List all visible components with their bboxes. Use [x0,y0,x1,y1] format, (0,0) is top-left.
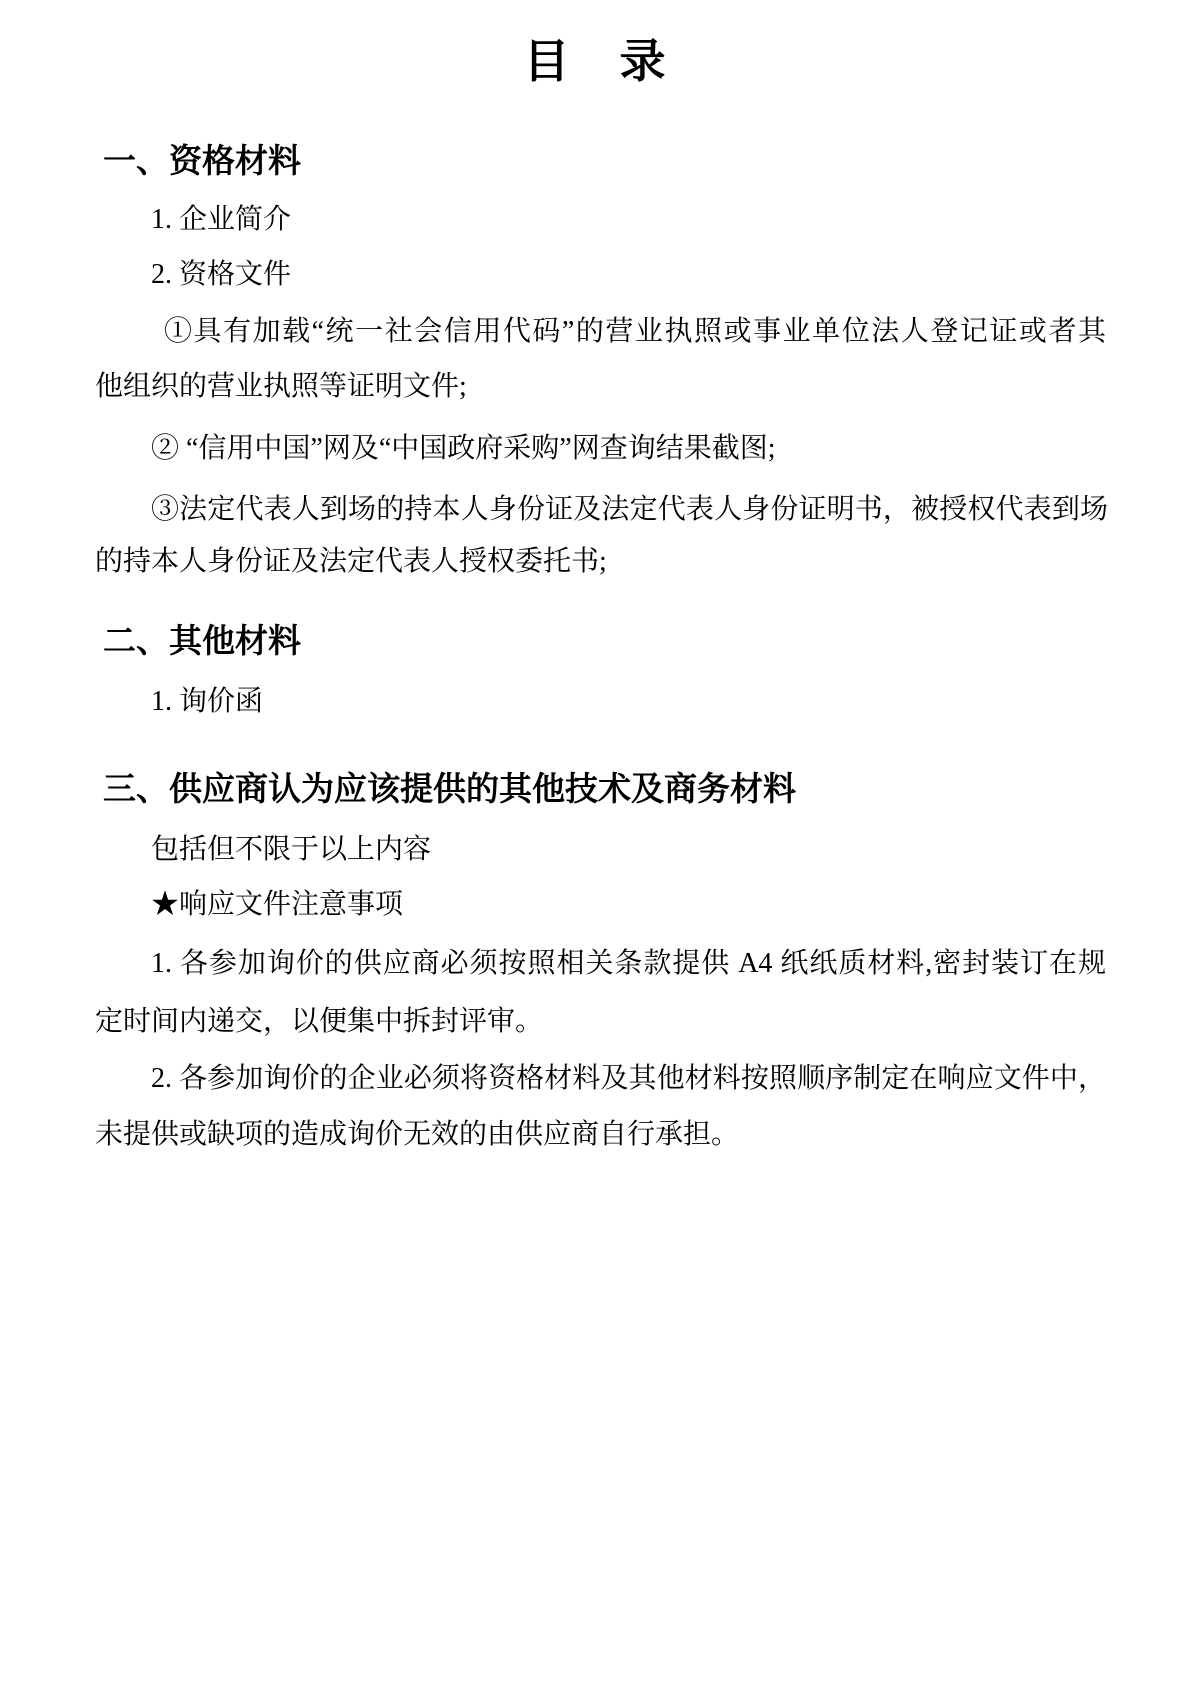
document-page: 目 录 一、资格材料 1. 企业简介 2. 资格文件 ①具有加载“统一社会信用代… [0,0,1191,1684]
page-title: 目 录 [0,32,1191,92]
section-heading-supplier-additional-materials: 三、供应商认为应该提供的其他技术及商务材料 [103,768,796,812]
doc-line-legal-representative-1: ③法定代表人到场的持本人身份证及法定代表人身份证明书，被授权代表到场 [151,490,1108,530]
doc-line-response-file-notes: ★响应文件注意事项 [151,885,403,925]
doc-line-inquiry-letter: 1. 询价函 [151,682,263,722]
doc-line-legal-representative-2: 的持本人身份证及法定代表人授权委托书; [95,542,607,582]
doc-line-business-license-1: ①具有加载“统一社会信用代码”的营业执照或事业单位法人登记证或者其 [164,312,1106,352]
section-heading-other-materials: 二、其他材料 [103,620,301,664]
doc-line-business-license-2: 他组织的营业执照等证明文件; [95,367,467,407]
doc-line-credit-china-screenshot: ② “信用中国”网及“中国政府采购”网查询结果截图; [151,429,776,469]
doc-line-note-2-part-2: 未提供或缺项的造成询价无效的由供应商自行承担。 [95,1115,739,1155]
doc-line-company-profile: 1. 企业简介 [151,200,291,240]
doc-line-note-2-part-1: 2. 各参加询价的企业必须将资格材料及其他材料按照顺序制定在响应文件中， [151,1059,1106,1099]
doc-line-note-1-part-2: 定时间内递交，以便集中拆封评审。 [95,1002,543,1042]
doc-line-note-1-part-1: 1. 各参加询价的供应商必须按照相关条款提供 A4 纸纸质材料,密封装订在规 [151,944,1106,984]
doc-line-qualification-documents: 2. 资格文件 [151,255,291,295]
doc-line-including-not-limited: 包括但不限于以上内容 [151,830,431,870]
section-heading-qualification-materials: 一、资格材料 [103,140,301,184]
